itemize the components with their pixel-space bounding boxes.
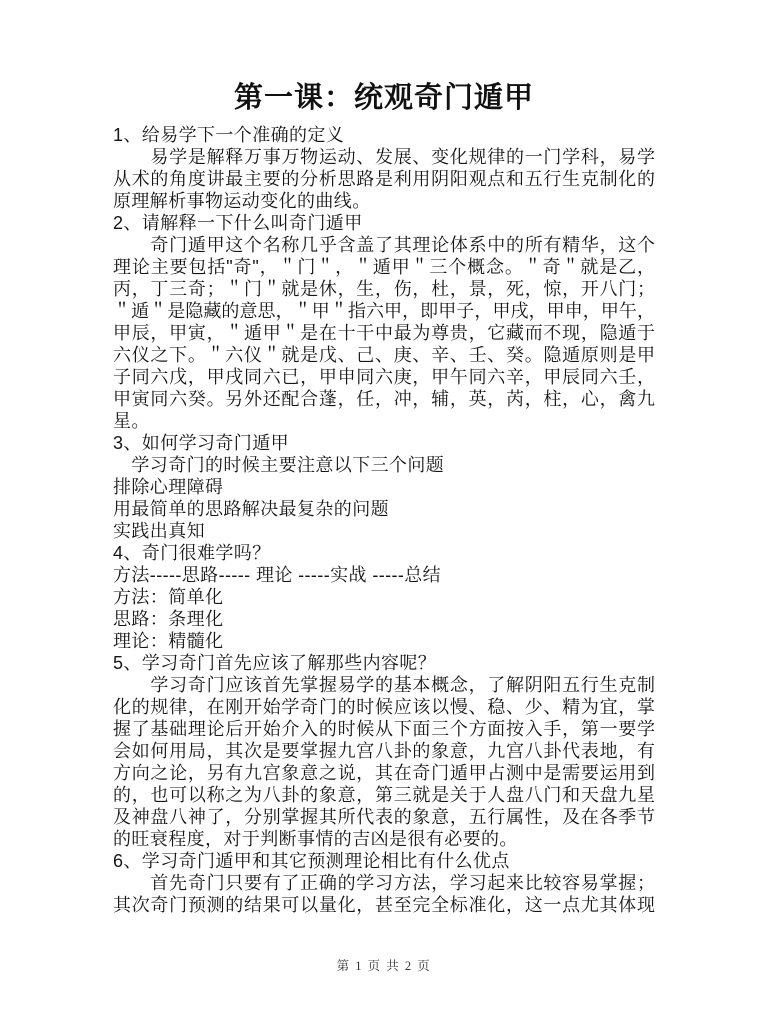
document-line: 理论：精髓化 xyxy=(113,630,655,652)
document-line: 排除心理障碍 xyxy=(113,476,655,498)
document-line: 星。 xyxy=(113,410,655,432)
document-title: 第一课：统观奇门遁甲 xyxy=(0,82,768,114)
document-line: 实践出真知 xyxy=(113,520,655,542)
document-line: 其次奇门预测的结果可以量化，甚至完全标准化，这一点尤其体现 xyxy=(113,894,655,916)
document-line: 的，也可以称之为八卦的象意，第三就是关于人盘八门和天盘九星 xyxy=(113,784,655,806)
document-line: 用最简单的思路解决最复杂的问题 xyxy=(113,498,655,520)
document-line: 学习奇门的时候主要注意以下三个问题 xyxy=(113,454,655,476)
document-line: 甲寅同六癸。另外还配合蓬，任，冲，辅，英，芮，柱，心，禽九 xyxy=(113,388,655,410)
document-line: 子同六戊，甲戌同六已，甲申同六庚，甲午同六辛，甲辰同六壬， xyxy=(113,366,655,388)
document-line: 5、学习奇门首先应该了解那些内容呢？ xyxy=(113,652,655,674)
document-body: 1、给易学下一个准确的定义 易学是解释万事万物运动、发展、变化规律的一门学科，易… xyxy=(113,124,655,916)
document-line: 3、如何学习奇门遁甲 xyxy=(113,432,655,454)
document-line: 易学是解释万事万物运动、发展、变化规律的一门学科，易学 xyxy=(113,146,655,168)
document-line: 首先奇门只要有了正确的学习方法，学习起来比较容易掌握； xyxy=(113,872,655,894)
document-line: 原理解析事物运动变化的曲线。 xyxy=(113,190,655,212)
document-line: 1、给易学下一个准确的定义 xyxy=(113,124,655,146)
document-line: 理论主要包括"奇"，＂门＂，＂遁甲＂三个概念。＂奇＂就是乙， xyxy=(113,256,655,278)
document-line: 6、学习奇门遁甲和其它预测理论相比有什么优点 xyxy=(113,850,655,872)
page-number-footer: 第 1 页 共 2 页 xyxy=(0,956,768,974)
document-line: 及神盘八神了，分别掌握其所代表的象意，五行属性，及在各季节 xyxy=(113,806,655,828)
document-line: 丙，丁三奇；＂门＂就是休，生，伤，杜，景，死，惊，开八门； xyxy=(113,278,655,300)
document-line: ＂遁＂是隐藏的意思，＂甲＂指六甲，即甲子，甲戌，甲申，甲午， xyxy=(113,300,655,322)
document-line: 方法：简单化 xyxy=(113,586,655,608)
document-line: 的旺衰程度，对于判断事情的吉凶是很有必要的。 xyxy=(113,828,655,850)
document-line: 奇门遁甲这个名称几乎含盖了其理论体系中的所有精华，这个 xyxy=(113,234,655,256)
document-line: 化的规律，在刚开始学奇门的时候应该以慢、稳、少、精为宜，掌 xyxy=(113,696,655,718)
document-line: 甲辰，甲寅，＂遁甲＂是在十干中最为尊贵，它藏而不现，隐遁于 xyxy=(113,322,655,344)
document-line: 学习奇门应该首先掌握易学的基本概念，了解阴阳五行生克制 xyxy=(113,674,655,696)
document-line: 4、奇门很难学吗？ xyxy=(113,542,655,564)
document-line: 会如何用局，其次是要掌握九宫八卦的象意，九宫八卦代表地，有 xyxy=(113,740,655,762)
document-line: 方向之论，另有九宫象意之说，其在奇门遁甲占测中是需要运用到 xyxy=(113,762,655,784)
document-line: 方法-----思路----- 理论 -----实战 -----总结 xyxy=(113,564,655,586)
document-line: 思路：条理化 xyxy=(113,608,655,630)
document-line: 握了基础理论后开始介入的时候从下面三个方面按入手，第一要学 xyxy=(113,718,655,740)
document-line: 六仪之下。＂六仪＂就是戊、己、庚、辛、壬、癸。隐遁原则是甲 xyxy=(113,344,655,366)
document-page: 第一课：统观奇门遁甲 1、给易学下一个准确的定义 易学是解释万事万物运动、发展、… xyxy=(0,0,768,1024)
document-line: 2、请解释一下什么叫奇门遁甲 xyxy=(113,212,655,234)
document-line: 从术的角度讲最主要的分析思路是利用阴阳观点和五行生克制化的 xyxy=(113,168,655,190)
